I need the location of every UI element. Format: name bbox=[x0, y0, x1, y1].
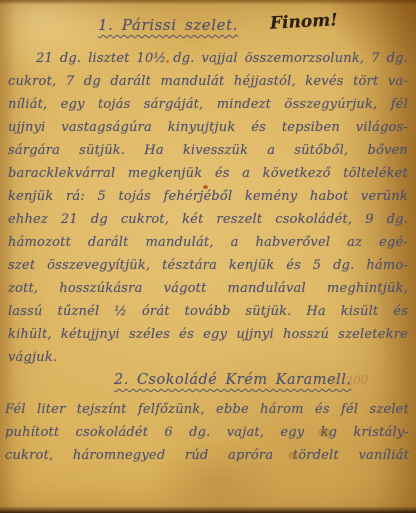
recipe1-line: baracklekvárral megkenjük és a következő… bbox=[8, 162, 408, 185]
recipe2-page-reference-note: S. 200 bbox=[329, 373, 368, 390]
recipe1-line: hámozott darált mandulát, a habverővel a… bbox=[8, 231, 408, 254]
photo-bottom-edge-shadow bbox=[0, 506, 416, 513]
recipe1-line: cukrot, 7 dg darált mandulát héjjastól, … bbox=[8, 70, 408, 93]
recipe2-line: cukrot, háromnegyed rúd apróra tördelt v… bbox=[5, 444, 409, 467]
photo-top-edge-shadow bbox=[0, 0, 416, 5]
recipe1-line: níliát, egy tojás sárgáját, mindezt össz… bbox=[8, 93, 408, 116]
recipe1-title-row: 1. Párissi szelet. Finom! bbox=[0, 14, 416, 40]
recipe1-line: ehhez 21 dg cukrot, két reszelt csokolád… bbox=[8, 208, 408, 231]
recipe1-line: lassú tűznél ½ órát tovább sütjük. Ha ki… bbox=[8, 300, 408, 323]
recipe2-line: puhított csokoládét 6 dg. vajat, egy kg … bbox=[5, 421, 409, 444]
recipe1-line: vágjuk. bbox=[8, 346, 408, 369]
paper-stain bbox=[318, 428, 332, 437]
recipe2-body: Fél liter tejszínt felfőzünk, ebbe három… bbox=[5, 398, 409, 467]
recipe2-title-row: 2. Csokoládé Krém Karamell. S. 200 bbox=[0, 372, 416, 396]
recipe1-line: 21 dg. lisztet 10½ dg. vajjal összemorzs… bbox=[8, 47, 408, 70]
recipe1-line: ujjnyi vastagságúra kinyujtjuk és tepsib… bbox=[8, 116, 408, 139]
ink-speck bbox=[203, 185, 208, 189]
recipe1-line: szet összevegyítjük, tésztára kenjük és … bbox=[8, 254, 408, 277]
recipe1-line: kihült, kétujjnyi széles és egy ujjnyi h… bbox=[8, 323, 408, 346]
recipe1-line: sárgára sütjük. Ha kivesszük a sütőből, … bbox=[8, 139, 408, 162]
recipe1-body: 21 dg. lisztet 10½ dg. vajjal összemorzs… bbox=[8, 47, 408, 369]
ink-speck bbox=[166, 60, 169, 63]
paper-stain bbox=[288, 452, 297, 459]
notebook-page: 1. Párissi szelet. Finom! 21 dg. lisztet… bbox=[0, 0, 416, 513]
recipe1-line: kenjük rá: 5 tojás fehérjéből kemény hab… bbox=[8, 185, 408, 208]
recipe1-line: zott, hosszúkásra vágott mandulával megh… bbox=[8, 277, 408, 300]
recipe2-line: Fél liter tejszínt felfőzünk, ebbe három… bbox=[5, 398, 409, 421]
recipe1-title: 1. Párissi szelet. bbox=[98, 16, 238, 34]
recipe1-margin-note: Finom! bbox=[270, 10, 339, 34]
recipe2-title: 2. Csokoládé Krém Karamell. bbox=[114, 372, 351, 388]
